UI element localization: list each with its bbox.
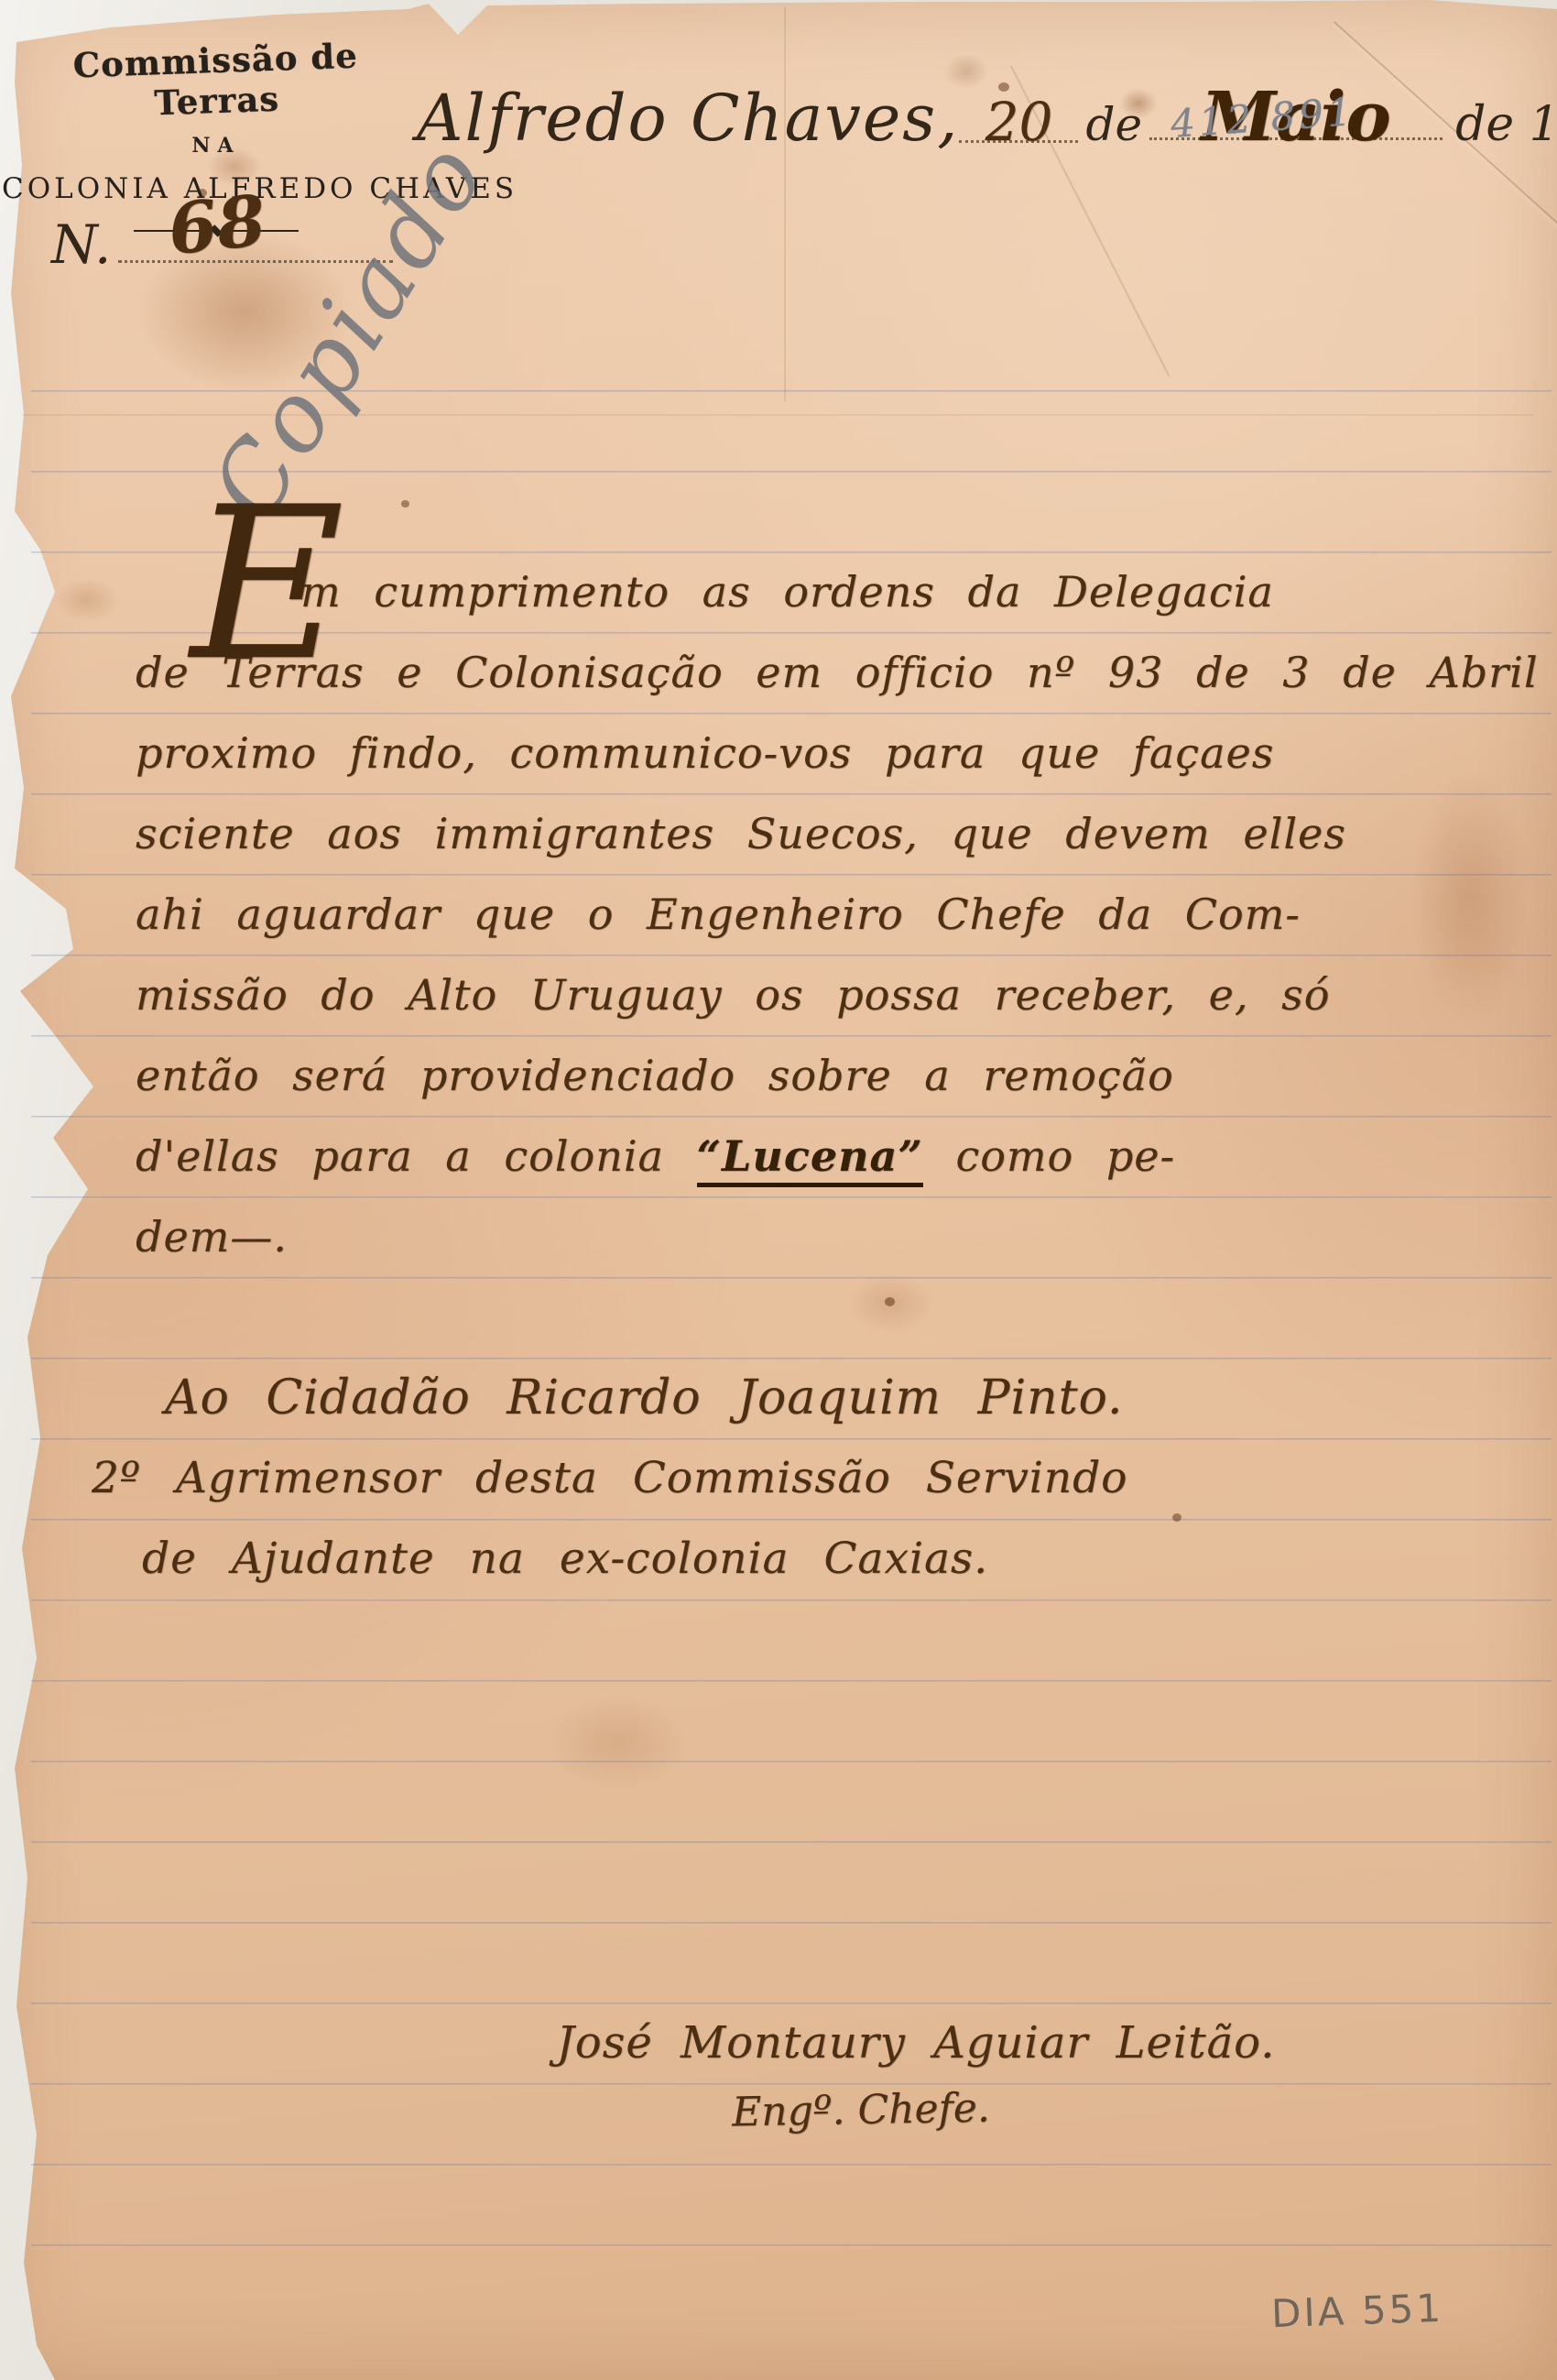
dateline-place: Alfredo Chaves,	[417, 81, 959, 156]
signature-title: Engº. Chefe.	[421, 2076, 1301, 2146]
dateline-year-prefix: de 189	[1455, 97, 1557, 152]
body-line: d'ellas para a colonia “Lucena” como pe-	[136, 1116, 1454, 1196]
letterhead-org-name: Commissão de Terras	[23, 34, 410, 128]
body-line: sciente aos immigrantes Suecos, que deve…	[136, 793, 1454, 874]
letterhead-na: NA	[24, 134, 408, 158]
scanned-letter-page: Commissão de Terras NA COLONIA ALFREDO C…	[0, 0, 1557, 2380]
address-line: 2º Agrimensor desta Commissão Servindo	[92, 1438, 1465, 1519]
drop-cap-initial: E	[191, 480, 344, 691]
body-text: E m cumprimento as ordens da Delegacia d…	[136, 551, 1454, 1277]
number-value: 68	[165, 180, 269, 271]
body-line: proximo findo, communico-vos para que fa…	[136, 713, 1454, 793]
address-line: de Ajudante na ex-colonia Caxias.	[92, 1519, 1465, 1599]
body-line: dem—.	[136, 1196, 1454, 1277]
number-label: N.	[51, 213, 111, 276]
emphasized-colony-name: “Lucena”	[697, 1131, 923, 1187]
address-block: Ao Cidadão Ricardo Joaquim Pinto. 2º Agr…	[92, 1358, 1465, 1599]
catalog-code-annotation: DIA 551	[1270, 2286, 1444, 2337]
dateline-de: de	[1085, 98, 1142, 151]
signature-name: José Montaury Aguiar Leitão.	[476, 2003, 1356, 2083]
dateline-day: 20	[959, 104, 1078, 143]
body-line: ahi aguardar que o Engenheiro Chefe da C…	[136, 874, 1454, 955]
dateline: Alfredo Chaves, 20 de Maio de 189 1	[417, 81, 1557, 156]
signature-block: José Montaury Aguiar Leitão. Engº. Chefe…	[476, 2003, 1356, 2138]
body-line-8-post: como pe-	[923, 1131, 1175, 1181]
body-line-8-pre: d'ellas para a colonia	[136, 1131, 697, 1181]
address-line: Ao Cidadão Ricardo Joaquim Pinto.	[92, 1358, 1465, 1438]
body-line: missão do Alto Uruguay os possa receber,…	[136, 955, 1454, 1035]
body-line: então será providenciado sobre a remoção	[136, 1035, 1454, 1116]
